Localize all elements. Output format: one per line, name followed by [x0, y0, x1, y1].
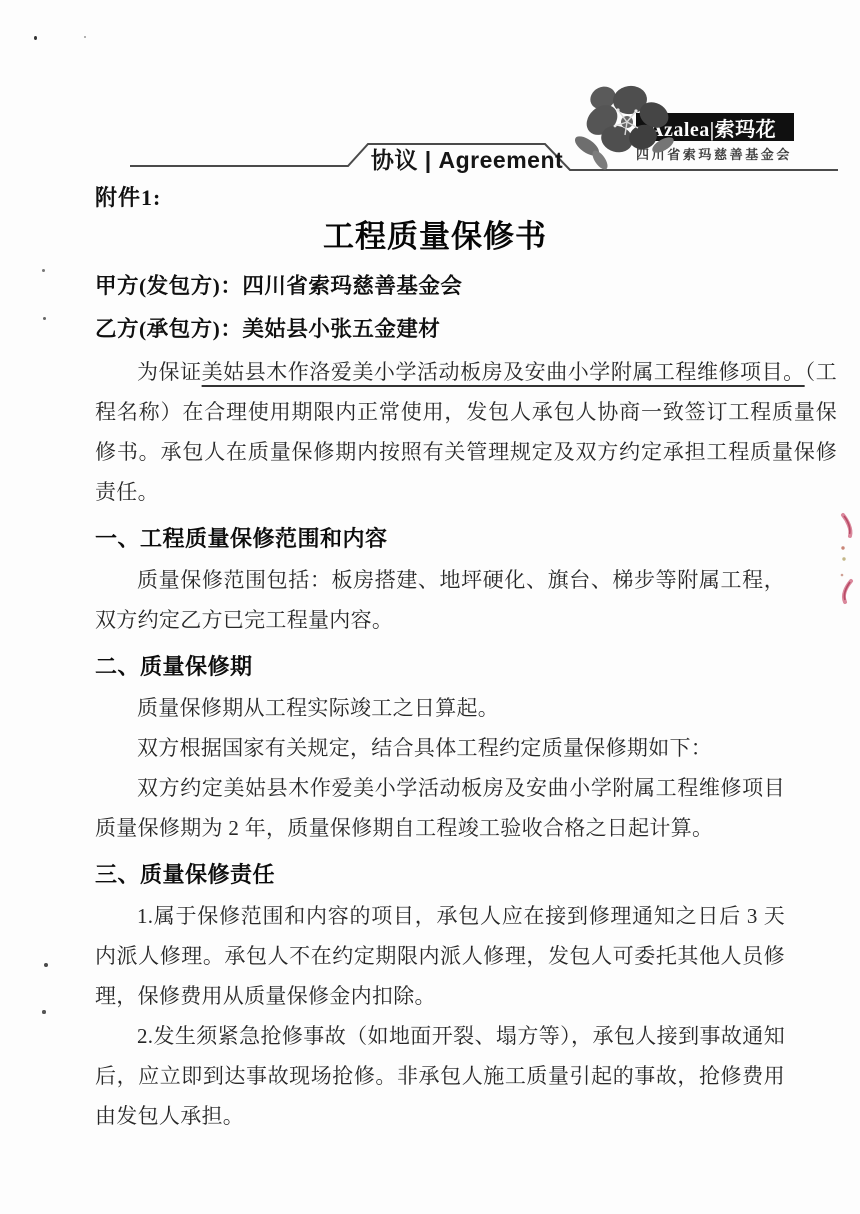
party-b-value: 美姑县小张五金建材 [242, 317, 440, 341]
document-content: 附件1: 工程质量保修书 甲方(发包方)：四川省索玛慈善基金会 乙方(承包方)：… [95, 182, 785, 1136]
azalea-flower-icon [570, 82, 688, 174]
scan-speck [42, 269, 45, 272]
party-a-row: 甲方(发包方)：四川省索玛慈善基金会 [95, 271, 785, 301]
red-edge-marks [834, 503, 860, 613]
document-title: 工程质量保修书 [95, 216, 775, 258]
party-b-row: 乙方(承包方)：美姑县小张五金建材 [95, 314, 785, 344]
intro-prefix: 为保证 [137, 360, 202, 384]
agreement-banner-label: 协议 | Agreement [366, 142, 568, 175]
party-a-value: 四川省索玛慈善基金会 [242, 274, 462, 298]
scan-speck [44, 963, 48, 967]
foundation-logo: Azalea|索玛花 四川省索玛慈善基金会 [570, 82, 842, 170]
section-3-heading: 三、质量保修责任 [95, 855, 785, 895]
section-paragraph: 双方根据国家有关规定，结合具体工程约定质量保修期如下： [95, 728, 785, 768]
section-paragraph: 质量保修期从工程实际竣工之日算起。 [95, 688, 785, 728]
section-paragraph: 双方约定美姑县木作爱美小学活动板房及安曲小学附属工程维修项目质量保修期为 2 年… [95, 768, 785, 848]
intro-paragraph: 为保证美姑县木作洛爱美小学活动板房及安曲小学附属工程维修项目。（工程名称）在合理… [95, 352, 837, 512]
section-paragraph: 2.发生须紧急抢修事故（如地面开裂、塌方等），承包人接到事故通知后，应立即到达事… [95, 1016, 785, 1136]
section-paragraph: 1.属于保修范围和内容的项目，承包人应在接到修理通知之日后 3 天内派人修理。承… [95, 896, 785, 1016]
scan-speck [43, 317, 46, 320]
scanned-document-page: 协议 | Agreement Azalea|索玛花 四川省索玛 [0, 0, 860, 1214]
party-a-label: 甲方(发包方)： [95, 274, 242, 298]
section-2-heading: 二、质量保修期 [95, 647, 785, 687]
project-name-underlined: 美姑县木作洛爱美小学活动板房及安曲小学附属工程维修项目。 [202, 360, 805, 384]
section-1-heading: 一、工程质量保修范围和内容 [95, 519, 785, 559]
scan-speck [34, 36, 37, 40]
section-paragraph: 质量保修范围包括：板房搭建、地坪硬化、旗台、梯步等附属工程，双方约定乙方已完工程… [95, 560, 785, 640]
attachment-label: 附件1: [95, 182, 785, 214]
scan-speck [42, 1010, 46, 1014]
scan-speck [84, 36, 86, 38]
party-b-label: 乙方(承包方)： [95, 317, 242, 341]
